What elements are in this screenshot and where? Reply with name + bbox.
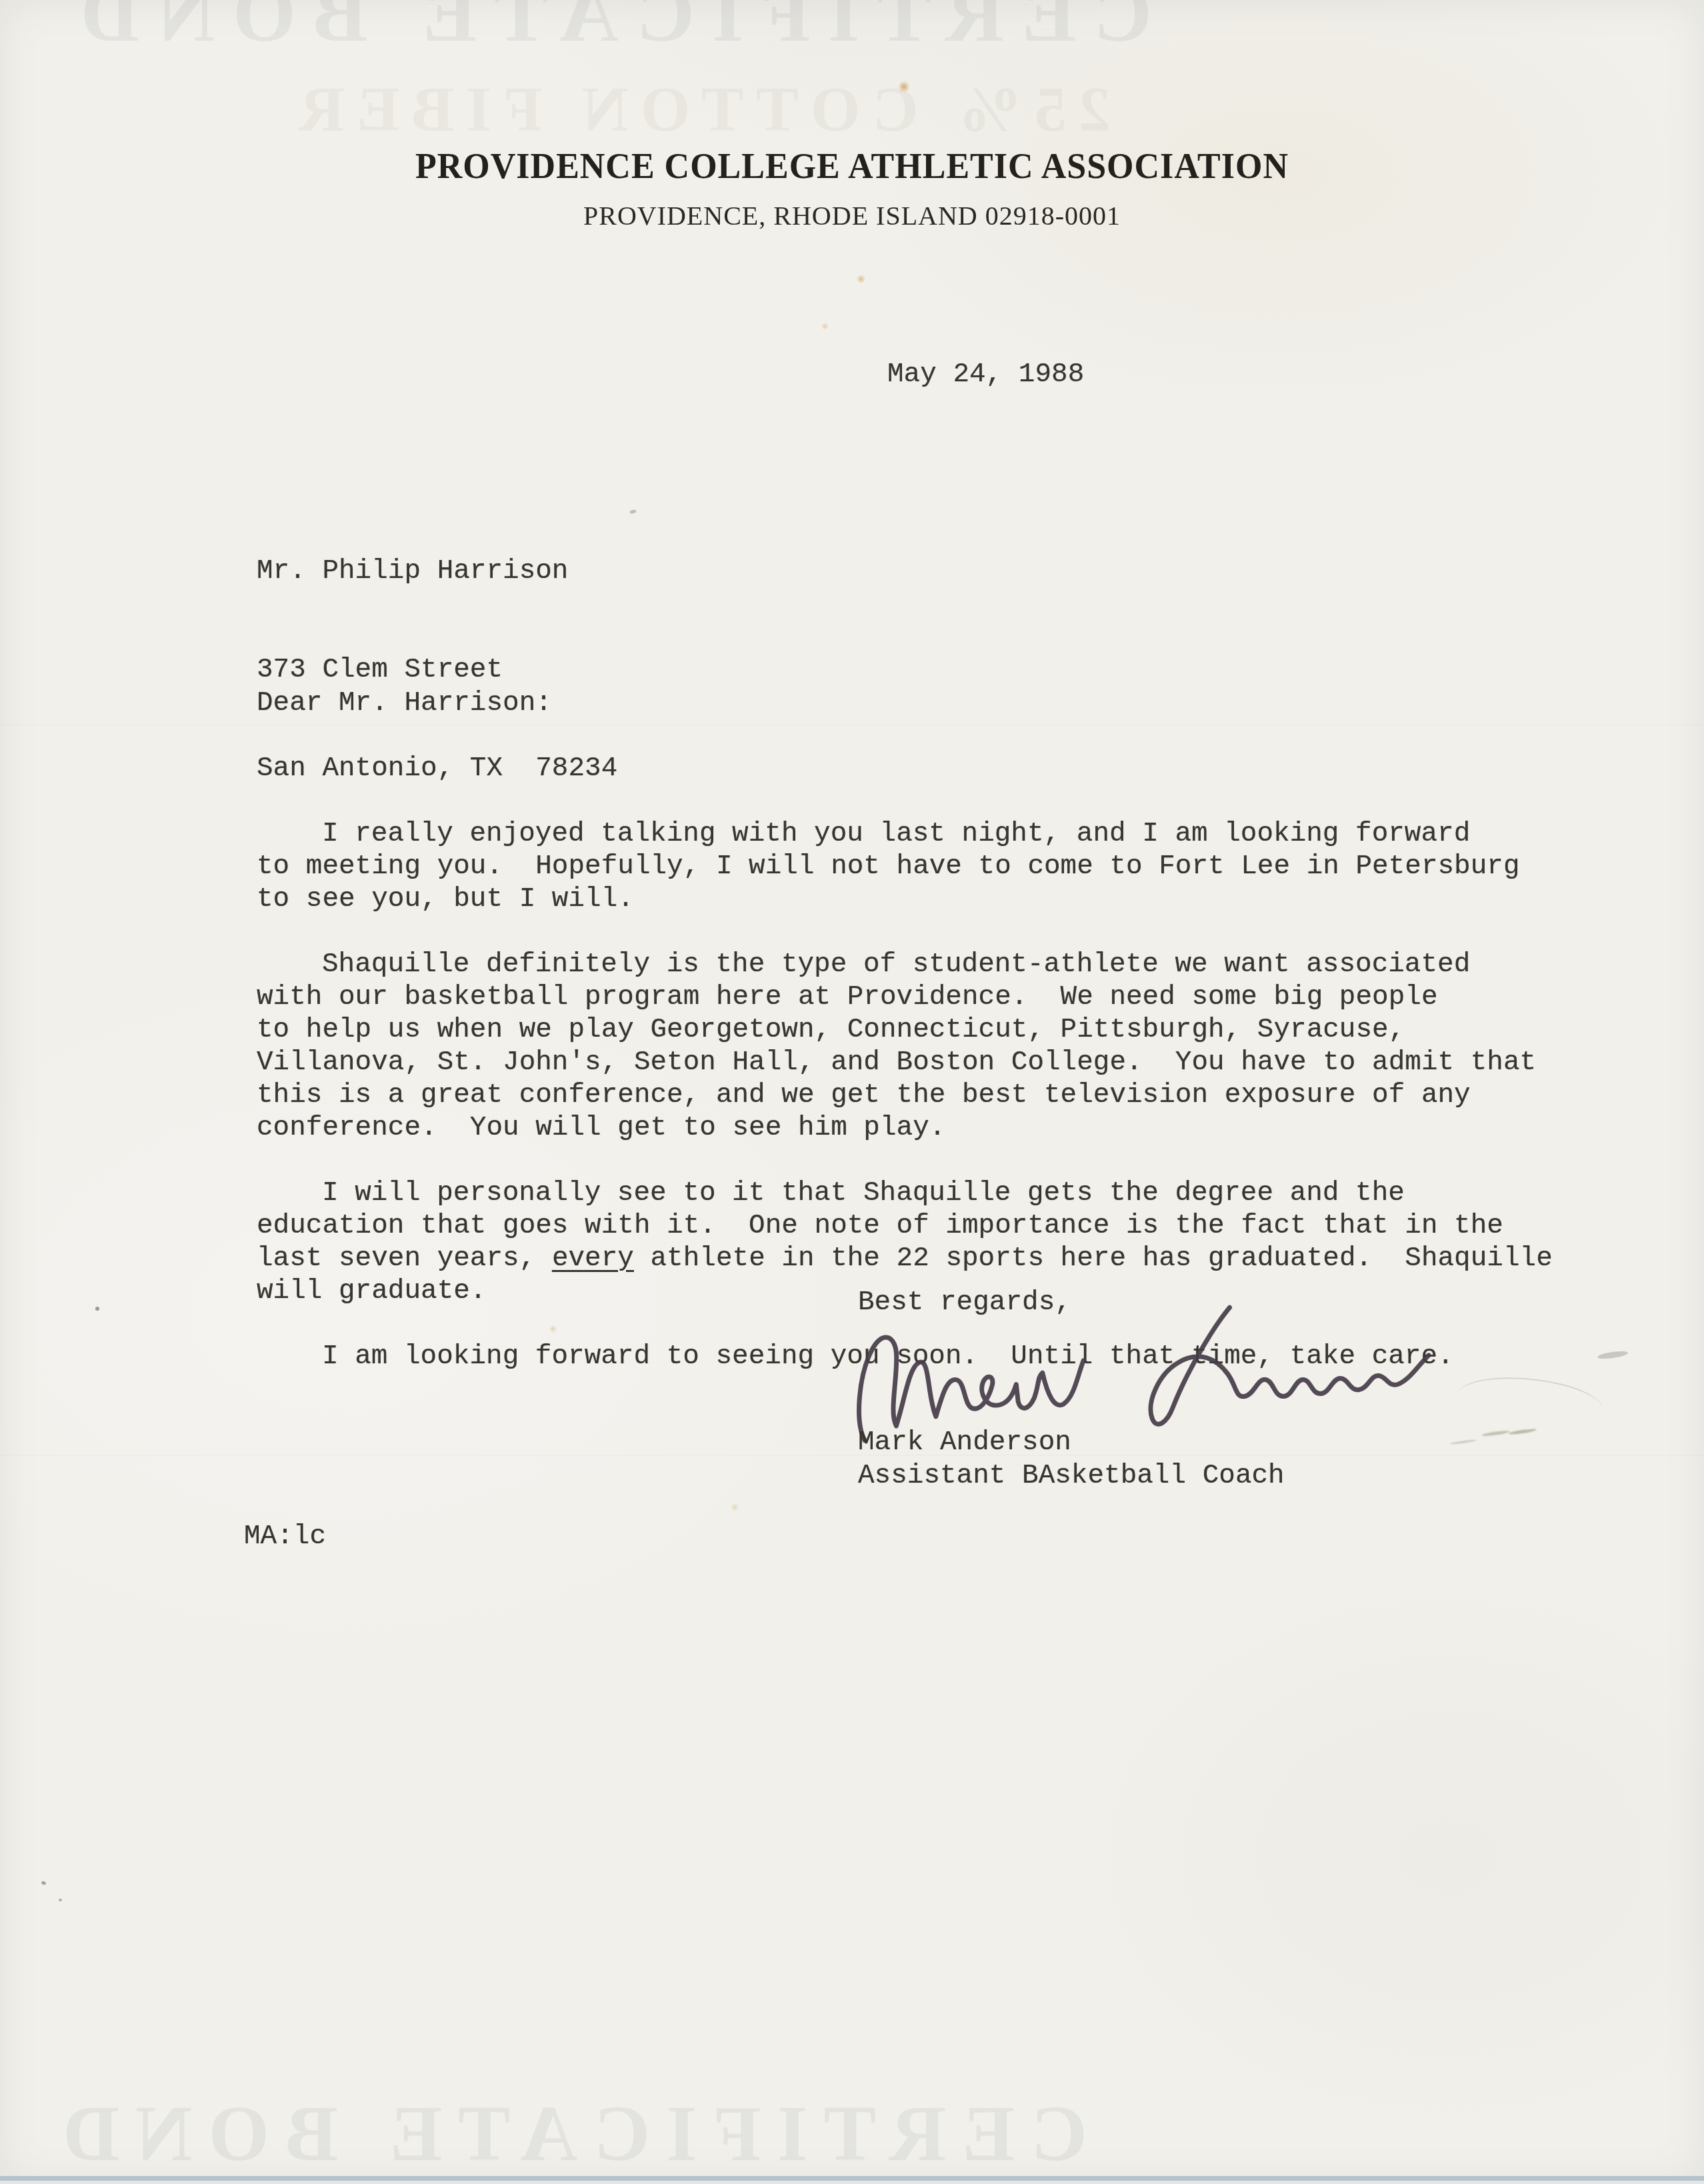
scanner-edge-line [0, 2176, 1704, 2181]
paragraph-line: education that goes with it. One note of… [257, 1210, 1553, 1243]
fold-crease-top [0, 724, 1704, 726]
paragraph-line: with our basketball program here at Prov… [257, 981, 1553, 1014]
letterhead-organization: PROVIDENCE COLLEGE ATHLETIC ASSOCIATION [0, 149, 1704, 185]
scanned-letter-page: CERTIFICATE BOND 25% COTTON FIBER CERTIF… [0, 0, 1704, 2184]
salutation: Dear Mr. Harrison: [257, 687, 1553, 720]
letterhead: PROVIDENCE COLLEGE ATHLETIC ASSOCIATION … [0, 149, 1704, 229]
paragraph-line: this is a great conference, and we get t… [257, 1079, 1553, 1112]
paragraph: I really enjoyed talking with you last n… [257, 818, 1553, 916]
paragraph-line: I really enjoyed talking with you last n… [257, 818, 1553, 851]
paragraph-line: Shaquille definitely is the type of stud… [257, 949, 1553, 981]
typist-initials: MA:lc [244, 1521, 326, 1553]
fold-crease-bottom [0, 1455, 1704, 1457]
paragraph-line: to see you, but I will. [257, 883, 1553, 916]
letterhead-location: PROVIDENCE, RHODE ISLAND 02918-0001 [0, 203, 1704, 229]
bleedthrough-text-top: CERTIFICATE BOND [63, 0, 1152, 55]
paragraph-line: Villanova, St. John's, Seton Hall, and B… [257, 1047, 1553, 1079]
underlined-word: every [552, 1243, 634, 1274]
scanner-edge-line [0, 2181, 1704, 2184]
bleedthrough-text-top-secondary: 25% COTTON FIBER [287, 77, 1111, 141]
bleedthrough-text-bottom: CERTIFICATE BOND [47, 2095, 1087, 2173]
pencil-smudge [1597, 1350, 1629, 1360]
pencil-mark [630, 509, 637, 514]
paragraph-line: to help us when we play Georgetown, Conn… [257, 1014, 1553, 1047]
paragraph-line: to meeting you. Hopefully, I will not ha… [257, 851, 1553, 883]
letter-date: May 24, 1988 [887, 359, 1084, 391]
paragraph: Shaquille definitely is the type of stud… [257, 949, 1553, 1145]
paragraph-line: last seven years, every athlete in the 2… [257, 1243, 1553, 1275]
rust-stain [899, 80, 909, 93]
signer-title: Assistant BAsketball Coach [858, 1460, 1285, 1493]
rust-stain [730, 1503, 739, 1511]
rust-stain [549, 1325, 557, 1333]
ink-dot [59, 1899, 62, 1901]
recipient-name: Mr. Philip Harrison [257, 555, 617, 589]
paragraph-line: I will personally see to it that Shaquil… [257, 1177, 1553, 1210]
rust-stain [821, 323, 829, 330]
paragraph-line: conference. You will get to see him play… [257, 1112, 1553, 1145]
ink-dot [41, 1881, 46, 1885]
rust-stain [856, 275, 866, 283]
ink-dot [95, 1307, 99, 1311]
